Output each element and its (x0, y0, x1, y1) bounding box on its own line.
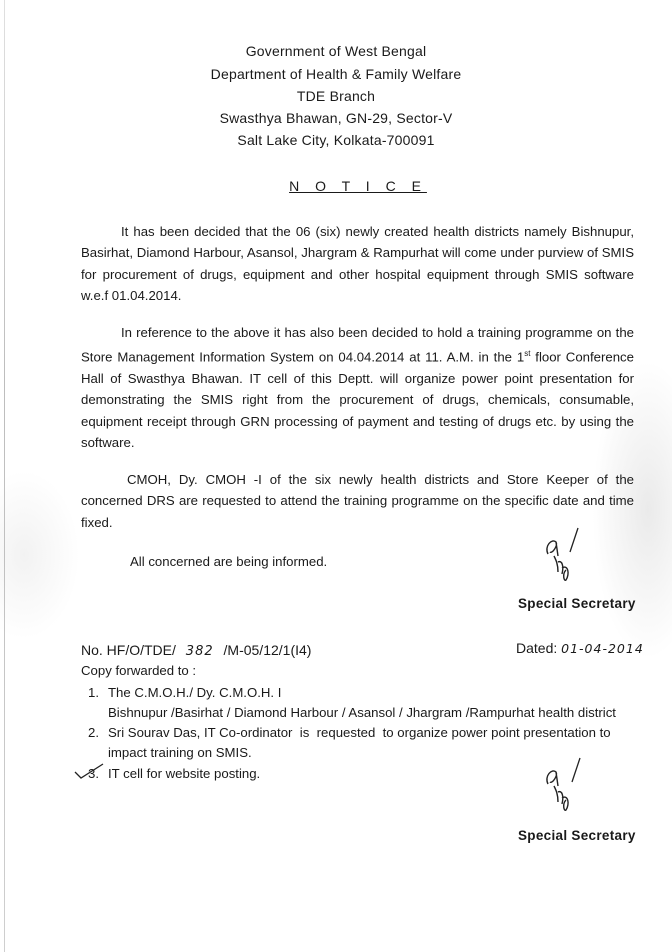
signatory-title: Special Secretary (518, 828, 636, 843)
notice-paragraph-4: All concerned are being informed. (130, 554, 327, 569)
list-item: 3.IT cell for website posting. (88, 766, 260, 781)
signature-icon (540, 754, 590, 824)
list-number: 2. (88, 725, 108, 740)
list-text: Sri Sourav Das, IT Co-ordinator is reque… (108, 725, 611, 740)
paragraph-text: CMOH, Dy. CMOH -I of the six newly healt… (81, 472, 634, 530)
notice-paragraph-1: It has been decided that the 06 (six) ne… (81, 221, 634, 306)
ref-number-handwritten: 382 (186, 644, 214, 659)
list-text: The C.M.O.H./ Dy. C.M.O.H. I (108, 685, 281, 700)
dated-handwritten: 01-04-2014 (561, 641, 644, 656)
list-item: 1.The C.M.O.H./ Dy. C.M.O.H. I (88, 685, 281, 700)
ref-suffix: /M-05/12/1(I4) (224, 642, 312, 658)
scan-noise (0, 470, 80, 640)
signatory-title: Special Secretary (518, 596, 636, 611)
tick-mark-icon (73, 762, 109, 780)
header-address: Swasthya Bhawan, GN-29, Sector-V (0, 110, 672, 126)
list-number: 1. (88, 685, 108, 700)
memo-date: Dated: 01-04-2014 (516, 640, 644, 656)
ref-prefix: No. HF/O/TDE/ (81, 642, 176, 658)
header-branch: TDE Branch (0, 88, 672, 104)
notice-title: N O T I C E (0, 178, 672, 194)
notice-paragraph-2: In reference to the above it has also be… (81, 322, 634, 453)
list-text: IT cell for website posting. (108, 766, 260, 781)
list-item-continuation: impact training on SMIS. (108, 745, 252, 760)
dated-label: Dated: (516, 640, 557, 656)
header-government: Government of West Bengal (0, 43, 672, 59)
list-item: 2.Sri Sourav Das, IT Co-ordinator is req… (88, 725, 636, 740)
header-department: Department of Health & Family Welfare (0, 66, 672, 82)
signature-icon (540, 524, 590, 594)
list-item-continuation: Bishnupur /Basirhat / Diamond Harbour / … (108, 705, 616, 720)
copy-forwarded-label: Copy forwarded to : (81, 663, 196, 678)
header-city: Salt Lake City, Kolkata-700091 (0, 132, 672, 148)
paragraph-text: It has been decided that the 06 (six) ne… (81, 224, 634, 303)
memo-reference: No. HF/O/TDE/ 382 /M-05/12/1(I4) (81, 642, 311, 659)
